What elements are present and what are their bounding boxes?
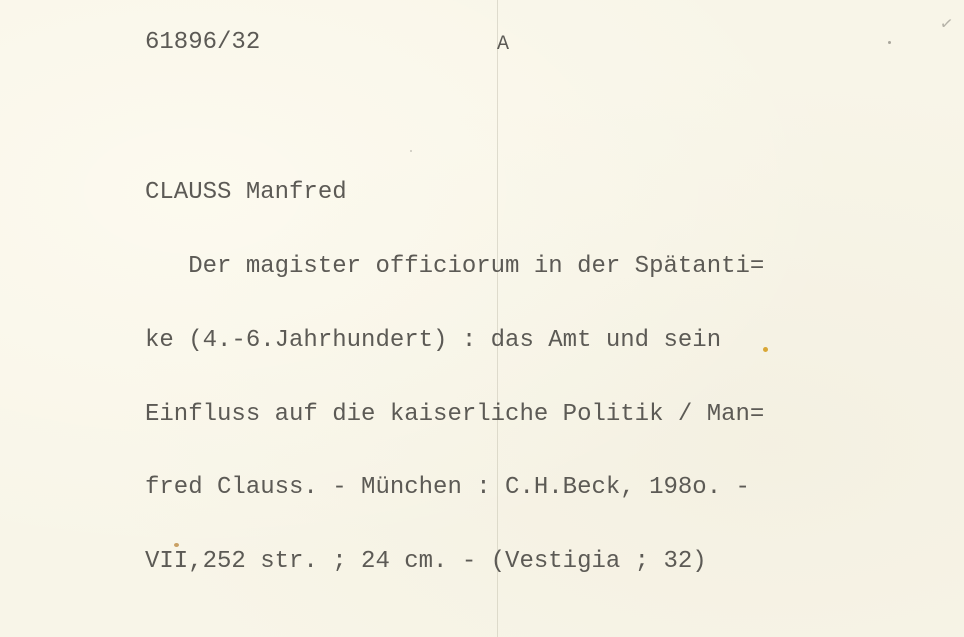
paper-speck: [888, 41, 891, 44]
bibliographic-entry: CLAUSS Manfred Der magister officiorum i…: [145, 132, 764, 624]
title-line-2: ke (4.-6.Jahrhundert) : das Amt und sein: [145, 329, 764, 354]
paper-speck: [174, 543, 179, 547]
paper-speck: [410, 150, 412, 152]
author-heading: CLAUSS Manfred: [145, 181, 764, 206]
check-mark-icon: ✓: [939, 13, 955, 33]
physical-description-line: VII,252 str. ; 24 cm. - (Vestigia ; 32): [145, 550, 764, 575]
call-number: 61896/32: [145, 31, 260, 56]
paper-speck: [763, 347, 768, 352]
catalog-card: 61896/32 A CLAUSS Manfred Der magister o…: [0, 0, 964, 637]
title-line-3: Einfluss auf die kaiserliche Politik / M…: [145, 403, 764, 428]
location-letter: A: [497, 33, 509, 58]
title-line-1: Der magister officiorum in der Spätanti=: [145, 255, 764, 280]
publication-line: fred Clauss. - München : C.H.Beck, 198o.…: [145, 476, 764, 501]
